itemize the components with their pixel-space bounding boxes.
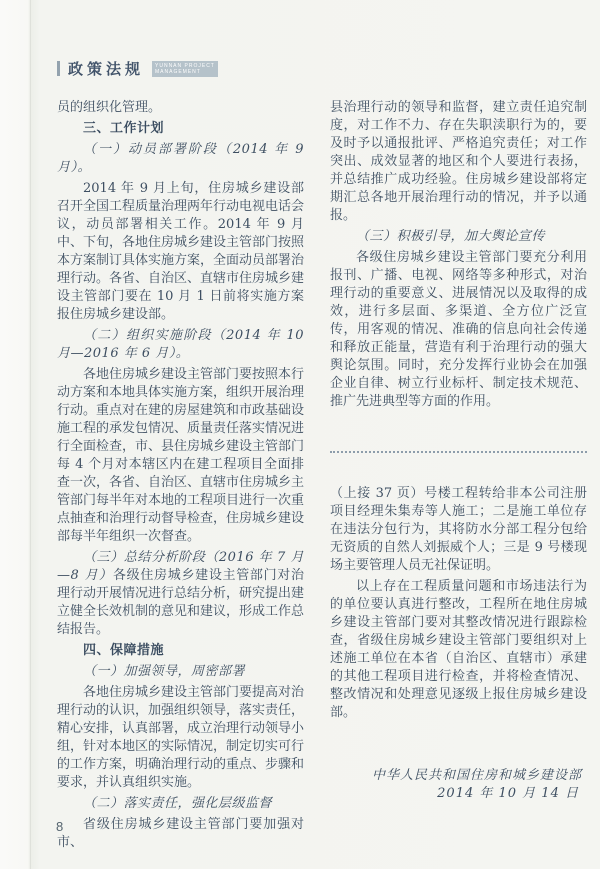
signature-date: 2014 年 10 月 14 日 <box>330 785 587 803</box>
subheading-measure-3: （三）积极引导，加大舆论宣传 <box>330 228 587 246</box>
subheading-measure-1: （一）加强领导，周密部署 <box>57 663 304 681</box>
paragraph-stage-2: 各地住房城乡建设主管部门要按照本行动方案和本地具体实施方案，组织开展治理行动。重… <box>57 366 304 546</box>
paragraph-continued-from-page-37: （上接 37 页）号楼工程转给非本公司注册项目经理朱集寿等人施工；二是施工单位存… <box>330 485 587 575</box>
journal-badge-line2: MANAGEMENT <box>155 69 215 75</box>
journal-badge: YUNNAN PROJECT MANAGEMENT <box>152 61 218 77</box>
page-spine-line <box>30 0 31 869</box>
signature-ministry: 中华人民共和国住房和城乡建设部 <box>330 767 587 785</box>
subheading-measure-2: （二）落实责任，强化层级监督 <box>57 795 304 813</box>
left-column: 员的组织化管理。 三、工作计划 （一）动员部署阶段（2014 年 9 月）。 2… <box>57 96 304 852</box>
subheading-stage-2: （二）组织实施阶段（2014 年 10 月—2016 年 6 月）。 <box>57 327 304 363</box>
magazine-page: 政策法规 YUNNAN PROJECT MANAGEMENT 员的组织化管理。 … <box>0 0 600 869</box>
paragraph-continued-closing: 以上存在工程质量问题和市场违法行为的单位要认真进行整改，工程所在地住房城乡建设主… <box>330 578 587 722</box>
paragraph-measure-2-firstline: 省级住房城乡建设主管部门要加强对市、 <box>57 816 304 852</box>
dotted-divider <box>330 451 587 453</box>
paragraph-measure-2-continuation: 县治理行动的领导和监督，建立责任追究制度，对工作不力、存在失职渎职行为的，要及时… <box>330 99 587 225</box>
right-column: 县治理行动的领导和监督，建立责任追究制度，对工作不力、存在失职渎职行为的，要及时… <box>330 96 587 803</box>
page-number: 8 <box>56 819 63 834</box>
subheading-stage-1: （一）动员部署阶段（2014 年 9 月）。 <box>57 141 304 177</box>
paragraph-stage-1: 2014 年 9 月上旬，住房城乡建设部召开全国工程质量治理两年行动电视电话会议… <box>57 180 304 324</box>
paragraph-measure-3: 各级住房城乡建设主管部门要充分利用报刊、广播、电视、网络等多种形式，对治理行动的… <box>330 249 587 411</box>
section-header: 政策法规 YUNNAN PROJECT MANAGEMENT <box>57 58 218 79</box>
heading-section-3-work-plan: 三、工作计划 <box>57 120 304 138</box>
heading-section-4-safeguards: 四、保障措施 <box>57 642 304 660</box>
accent-bar <box>57 61 60 76</box>
paragraph-stage-3: （三）总结分析阶段（2016 年 7 月—8 月）各级住房城乡建设主管部门对治理… <box>57 549 304 639</box>
paragraph-measure-1: 各地住房城乡建设主管部门要提高对治理行动的认识，加强组织领导，落实责任，精心安排… <box>57 684 304 792</box>
paragraph-intro-continuation: 员的组织化管理。 <box>57 99 304 117</box>
section-title: 政策法规 <box>68 58 144 79</box>
